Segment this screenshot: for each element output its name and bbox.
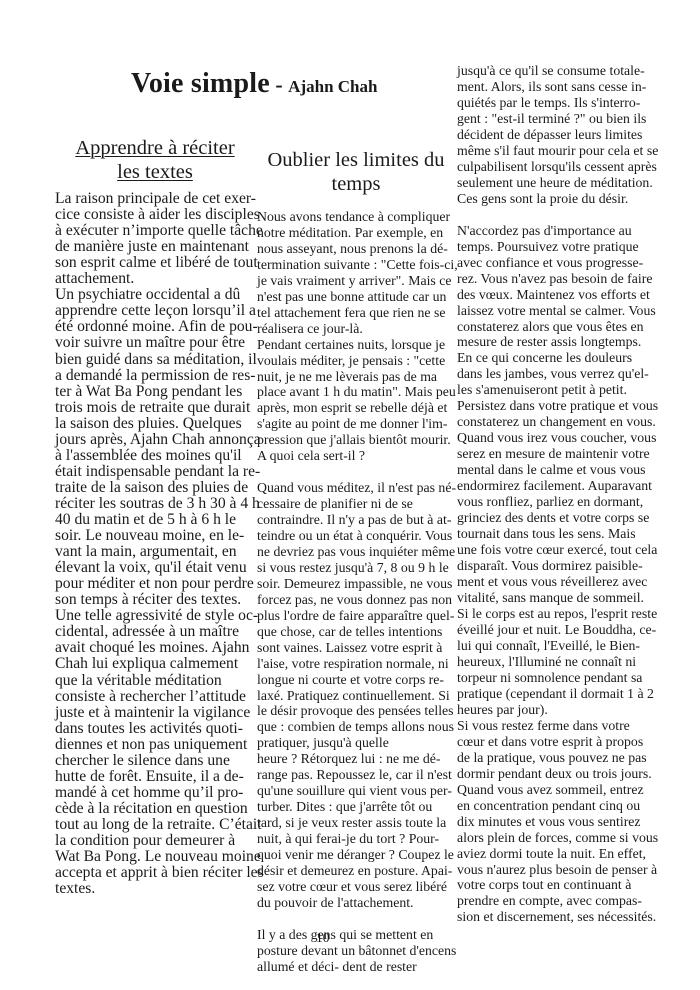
text-line: plus l'ordre de faire apparaître quel- xyxy=(257,608,454,624)
author-name: Ajahn Chah xyxy=(288,77,377,96)
text-line: mental dans le calme et vous vous xyxy=(457,462,646,478)
text-line: que : combien de temps allons nous xyxy=(257,719,454,735)
text-line: décident de dépasser leurs limites xyxy=(457,127,642,143)
text-line: serez en mesure de maintenir votre xyxy=(457,446,650,462)
text-line: Quand vous irez vous coucher, vous xyxy=(457,430,656,446)
heading-line: Apprendre à réciter xyxy=(75,137,234,159)
text-line: s'agite au point de me donner l'im- xyxy=(257,416,447,432)
text-line: endormirez facilement. Auparavant xyxy=(457,478,652,494)
text-line: vous n'aurez plus besoin de penser à xyxy=(457,862,657,878)
page-number: 10 xyxy=(316,930,330,946)
text-line: jusqu'à ce qu'il se consume totale- xyxy=(457,63,645,79)
heading-line: temps xyxy=(332,173,381,195)
text-line: prendre en compte, avec compas- xyxy=(457,893,642,909)
text-line: place avant 1 h du matin". Mais peu xyxy=(257,384,456,400)
text-line: sez votre cœur et vous serez libéré xyxy=(257,879,447,895)
text-line: forcez pas, ne vous donnez pas non xyxy=(257,592,452,608)
text-line: A quoi cela sert-il ? xyxy=(257,448,365,464)
text-line: qu'une souillure qui vient vous per- xyxy=(257,783,452,799)
text-line: longue ni courte et votre corps re- xyxy=(257,672,444,688)
text-line: range pas. Repoussez le, car il n'est xyxy=(257,767,452,783)
text-line: n'est pas une bonne attitude car un xyxy=(257,289,446,305)
text-line: Ces gens sont la proie du désir. xyxy=(457,191,628,207)
text-line: Si vous restez ferme dans votre xyxy=(457,718,630,734)
text-line: votre corps tout en continuant à xyxy=(457,877,631,893)
text-line: tournait dans tous les sens. Mais xyxy=(457,526,636,542)
text-line: l'aise, votre respiration normale, ni xyxy=(257,656,449,672)
heading-line: Oublier les limites du xyxy=(267,149,444,171)
text-line: le désir provoque des pensées telles xyxy=(257,703,454,719)
text-line: quiétés par le temps. Ils s'interro- xyxy=(457,95,640,111)
text-line: constaterez un changement en vous. xyxy=(457,414,656,430)
text-line: je vais vraiment y arriver". Mais ce xyxy=(257,273,452,289)
text-line: Si le corps est au repos, l'esprit reste xyxy=(457,606,657,622)
text-line: Il y a des gens qui se mettent en xyxy=(257,927,433,943)
text-line: des vœux. Maintenez vos efforts et xyxy=(457,287,650,303)
text-line: voulais méditer, je pensais : "cette xyxy=(257,353,445,369)
text-line: avec confiance et vous progresse- xyxy=(457,255,643,271)
text-line: nous asseyant, nous prenons la dé- xyxy=(257,241,448,257)
text-line: culpabilisent lorsqu'ils cessent après xyxy=(457,159,657,175)
text-line: sont vaines. Laissez votre esprit à xyxy=(257,640,442,656)
text-line: constaterez alors que vous êtes en xyxy=(457,319,644,335)
title-text: Voie simple xyxy=(131,68,270,99)
text-line: pression que j'allais bientôt mourir. xyxy=(257,432,451,448)
text-line: pratique (cependant il dormait 1 à 2 xyxy=(457,686,654,702)
text-line: gent : "est-il terminé ?" ou bien ils xyxy=(457,111,646,127)
text-line: vous ronfliez, parliez en dormant, xyxy=(457,494,643,510)
text-line: laxé. Pratiquez continuellement. Si xyxy=(257,688,450,704)
text-line: en concentration pendant cinq ou xyxy=(457,798,640,814)
text-line: Nous avons tendance à compliquer xyxy=(257,209,450,225)
text-line: désir et demeurez en posture. Apai- xyxy=(257,863,452,879)
text-line: temps. Poursuivez votre pratique xyxy=(457,239,639,255)
text-line: notre méditation. Par exemple, en xyxy=(257,225,443,241)
text-line: aviez dormi toute la nuit. En effet, xyxy=(457,846,646,862)
text-line: dormir pendant deux ou trois jours. xyxy=(457,766,652,782)
text-line: posture devant un bâtonnet d'encens xyxy=(257,943,456,959)
text-line: de la pratique, vous pouvez ne pas xyxy=(457,750,647,766)
page-title: Voie simple - Ajahn Chah xyxy=(131,68,377,100)
text-line: torpeur ni somnolence pendant sa xyxy=(457,670,642,686)
text-line: contraindre. Il n'y a pas de but à at- xyxy=(257,512,451,528)
text-line: seulement une heure de méditation. xyxy=(457,175,653,191)
text-line: ment et vous vous réveillerez avec xyxy=(457,574,647,590)
text-line: du pouvoir de l'attachement. xyxy=(257,895,414,911)
text-line: allumé et déci- dent de rester xyxy=(257,959,417,975)
text-line: cessaire de planifier ni de se xyxy=(257,496,413,512)
text-line: Quand vous méditez, il n'est pas né- xyxy=(257,480,456,496)
text-line: termination suivante : "Cette fois-ci, xyxy=(257,257,458,273)
text-line: teindre ou un état à conquérir. Vous xyxy=(257,528,452,544)
text-line: ment. Alors, ils sont sans cesse in- xyxy=(457,79,646,95)
text-line: soir. Demeurez impassible, ne vous xyxy=(257,576,452,592)
text-line: si vous restez jusqu'à 7, 8 ou 9 h le xyxy=(257,560,449,576)
text-line: heureux, l'Illuminé ne connaît ni xyxy=(457,654,636,670)
text-line: mesure de rester assis longtemps. xyxy=(457,334,641,350)
text-line: quoi venir me déranger ? Coupez le xyxy=(257,847,454,863)
text-line: textes. xyxy=(55,880,95,898)
text-line: ne devriez pas vous inquiéter même xyxy=(257,544,455,560)
text-line: sion et discernement, ses nécessités. xyxy=(457,909,656,925)
text-line: N'accordez pas d'importance au xyxy=(457,223,632,239)
text-line: rez. Vous n'avez pas besoin de faire xyxy=(457,271,652,287)
text-line: laissez votre mental se calmer. Vous xyxy=(457,303,656,319)
text-line: lui qui connaît, l'Eveillé, le Bien- xyxy=(457,638,640,654)
text-line: nuit, je ne me lèverais pas de ma xyxy=(257,369,437,385)
text-line: les s'amenuiseront petit à petit. xyxy=(457,382,627,398)
text-line: Quand vous avez sommeil, entrez xyxy=(457,782,644,798)
text-line: alors plein de forces, comme si vous xyxy=(457,830,658,846)
section2-heading: Oublier les limites du temps xyxy=(256,148,456,196)
text-line: disparaît. Vous dormirez paisible- xyxy=(457,558,643,574)
text-line: même s'il faut mourir pour cela et se xyxy=(457,143,658,159)
heading-line: les textes xyxy=(117,161,193,183)
text-line: turber. Dites : que j'arrête tôt ou xyxy=(257,799,432,815)
text-line: En ce qui concerne les douleurs xyxy=(457,350,632,366)
text-line: après, mon esprit se rebelle déjà et xyxy=(257,400,447,416)
text-line: réalisera ce jour-là. xyxy=(257,321,363,337)
text-line: dans les jambes, vous verrez qu'el- xyxy=(457,366,649,382)
text-line: dix minutes et vous vous sentirez xyxy=(457,814,641,830)
text-line: Persistez dans votre pratique et vous xyxy=(457,398,658,414)
section1-heading: Apprendre à réciter les textes xyxy=(60,136,250,184)
title-separator: - xyxy=(270,72,288,97)
text-line: cœur et dans votre esprit à propos xyxy=(457,734,643,750)
text-line: éveillé jour et nuit. Le Bouddha, ce- xyxy=(457,622,656,638)
text-line: tard, si je veux rester assis toute la xyxy=(257,815,446,831)
text-line: tel attachement fera que rien ne se xyxy=(257,305,445,321)
text-line: grinciez des dents et votre corps se xyxy=(457,510,649,526)
text-line: que chose, car de telles intentions xyxy=(257,624,442,640)
text-line: pratiquer, jusqu'à quelle xyxy=(257,735,389,751)
text-line: Pendant certaines nuits, lorsque je xyxy=(257,337,445,353)
text-line: vitalité, sans manque de sommeil. xyxy=(457,590,644,606)
text-line: nuit, à qui ferai-je du tort ? Pour- xyxy=(257,831,439,847)
text-line: heure ? Rétorquez lui : ne me dé- xyxy=(257,751,441,767)
text-line: heures par jour). xyxy=(457,702,548,718)
text-line: une fois votre cœur exercé, tout cela xyxy=(457,542,657,558)
